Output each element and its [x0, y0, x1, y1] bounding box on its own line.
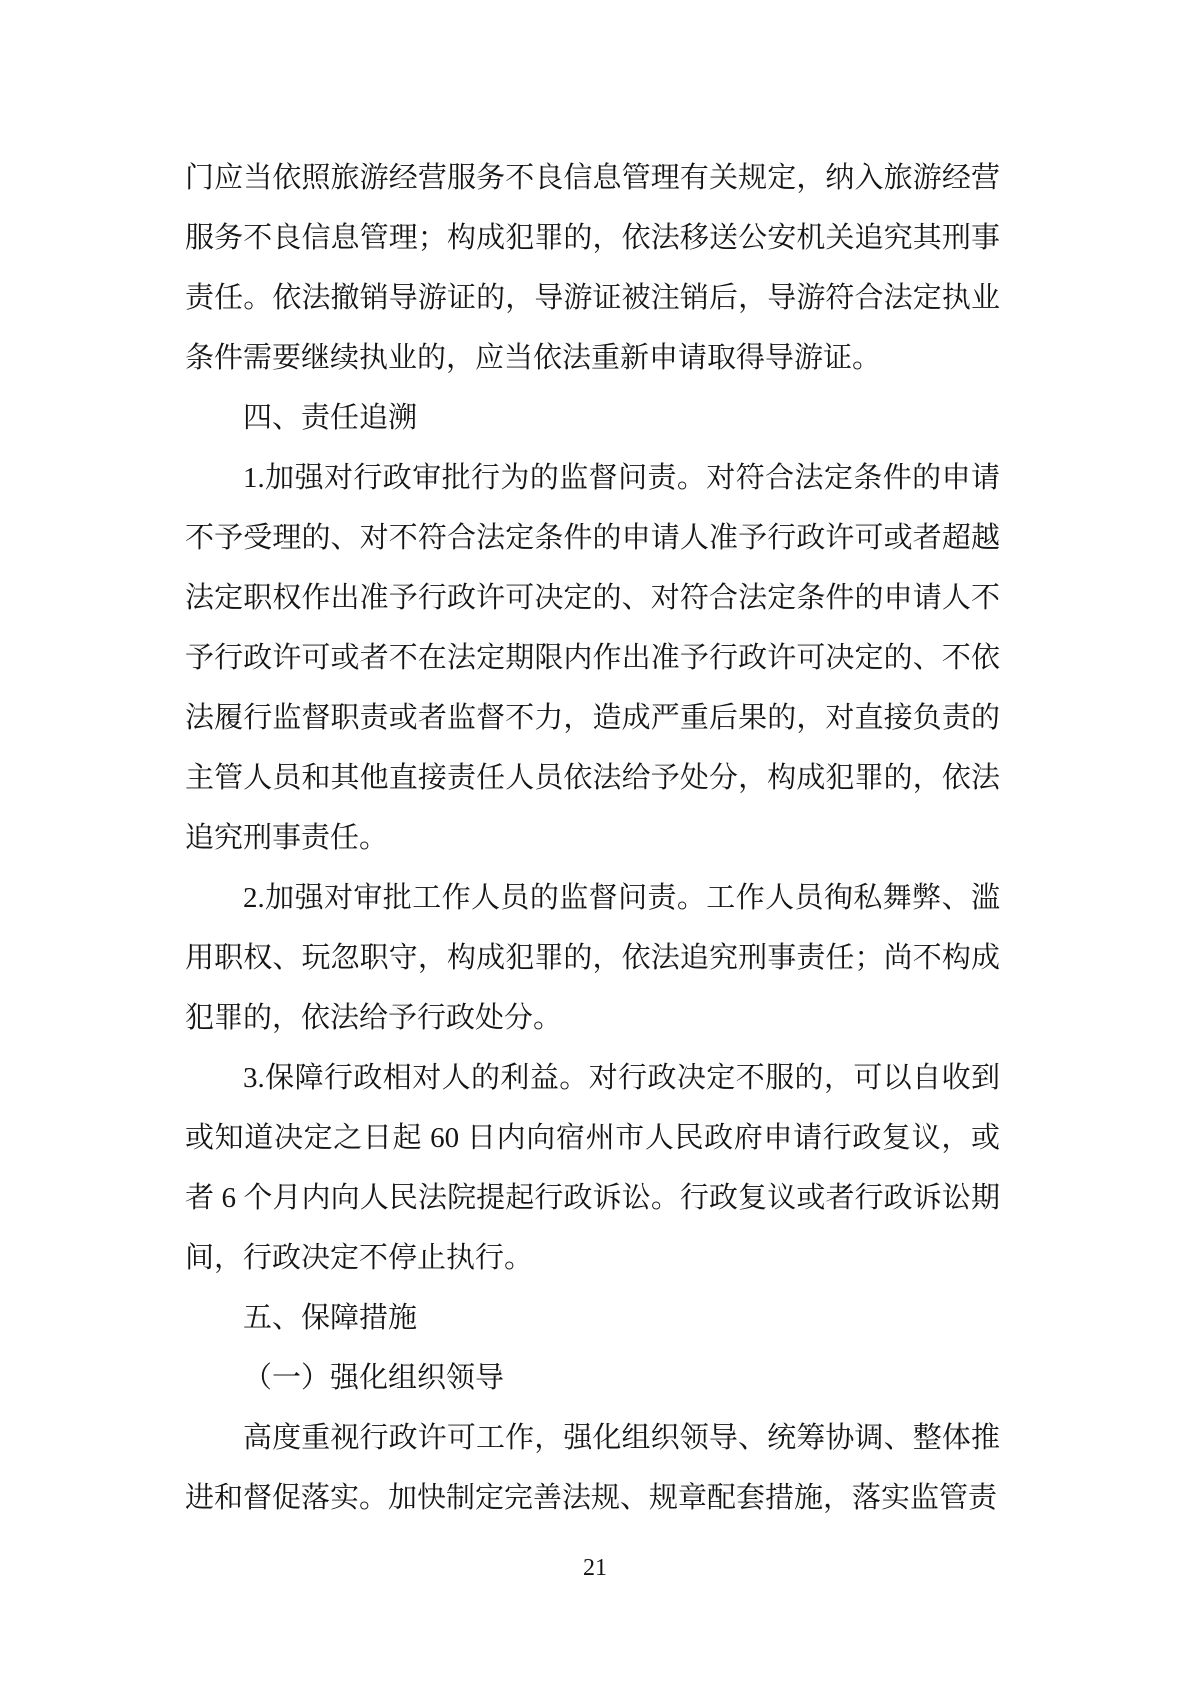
- sub-heading-5-1: （一）强化组织领导: [185, 1348, 1000, 1408]
- page-body: 门应当依照旅游经营服务不良信息管理有关规定，纳入旅游经营服务不良信息管理；构成犯…: [185, 148, 1000, 1528]
- paragraph-continuation: 门应当依照旅游经营服务不良信息管理有关规定，纳入旅游经营服务不良信息管理；构成犯…: [185, 148, 1000, 388]
- paragraph-item-1: 1.加强对行政审批行为的监督问责。对符合法定条件的申请不予受理的、对不符合法定条…: [185, 448, 1000, 868]
- section-heading-4: 四、责任追溯: [185, 388, 1000, 448]
- paragraph-item-2: 2.加强对审批工作人员的监督问责。工作人员徇私舞弊、滥用职权、玩忽职守，构成犯罪…: [185, 868, 1000, 1048]
- paragraph-trailing: 高度重视行政许可工作，强化组织领导、统筹协调、整体推进和督促落实。加快制定完善法…: [185, 1408, 1000, 1528]
- page-number: 21: [0, 1553, 1190, 1583]
- section-heading-5: 五、保障措施: [185, 1288, 1000, 1348]
- paragraph-item-3: 3.保障行政相对人的利益。对行政决定不服的，可以自收到或知道决定之日起 60 日…: [185, 1048, 1000, 1288]
- document-page: 门应当依照旅游经营服务不良信息管理有关规定，纳入旅游经营服务不良信息管理；构成犯…: [0, 0, 1190, 1683]
